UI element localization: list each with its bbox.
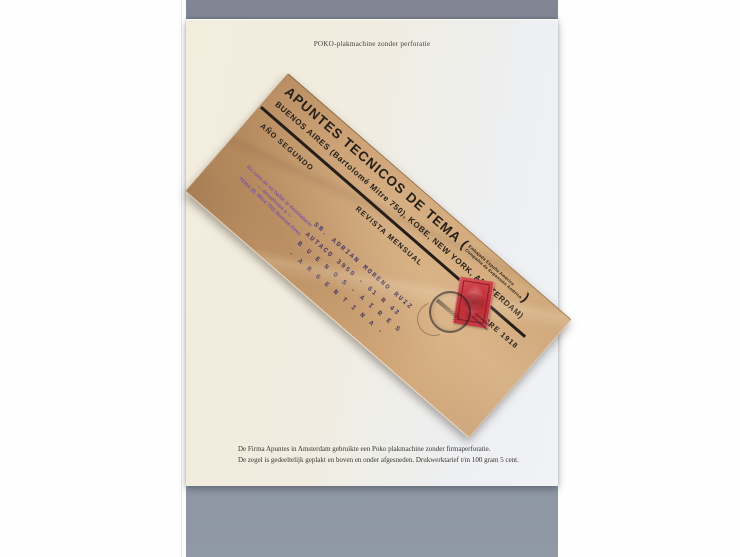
photograph-of-album-page: POKO-plakmachine zonder perforatie APUNT… — [0, 0, 740, 557]
gray-backdrop: POKO-plakmachine zonder perforatie APUNT… — [186, 0, 558, 557]
album-page: POKO-plakmachine zonder perforatie APUNT… — [186, 19, 558, 486]
caption-bottom-line2: De zegel is gedeeltelijk geplakt en bove… — [238, 455, 519, 466]
info-revista-mensual: REVISTA MENSUAL — [354, 204, 425, 267]
envelope: APUNTES TECNICOS DE TEMA ( Embajada Espa… — [185, 73, 572, 438]
sheet-edge-line — [181, 0, 182, 557]
caption-bottom: De Firma Apuntes in Amsterdam gebruikte … — [238, 444, 519, 466]
caption-top: POKO-plakmachine zonder perforatie — [186, 40, 558, 48]
caption-bottom-line1: De Firma Apuntes in Amsterdam gebruikte … — [238, 444, 519, 455]
